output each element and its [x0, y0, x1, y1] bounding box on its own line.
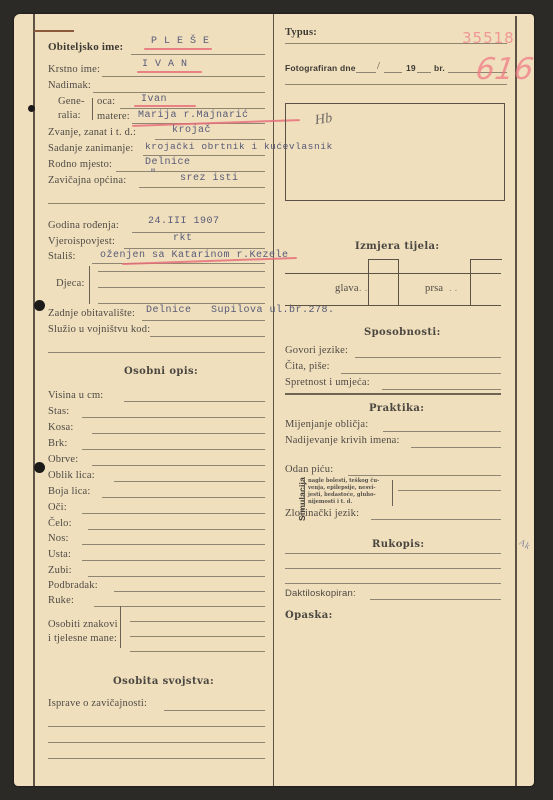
father-line	[120, 108, 265, 109]
simulation-text-line-3: jesti, bedastoće, gluho-	[308, 492, 379, 499]
birth-date-value: 24.III 1907	[148, 216, 220, 227]
marital-status-label: Stališ:	[48, 251, 76, 262]
red-underline-father	[134, 105, 196, 107]
handwritten-number: 616	[474, 52, 536, 87]
last-residence-label: Zadnje obitavalište:	[48, 308, 135, 319]
chin-label: Podbradak:	[48, 580, 98, 591]
disguise-label: Mijenjanje obličja:	[285, 419, 368, 430]
religion-value: rkt	[173, 233, 193, 244]
red-underline-family-name	[144, 48, 212, 50]
special-marks-line-1	[130, 621, 265, 622]
simulation-text-line-2: venja, epilepsije, nesvi-	[308, 485, 379, 492]
remark-label: Opaska:	[285, 610, 333, 621]
drinking-label: Odan piću:	[285, 464, 333, 475]
religion-line	[124, 248, 265, 249]
simulation-line	[398, 490, 501, 491]
mother-label: matere:	[97, 111, 130, 122]
abilities-divider	[285, 393, 501, 395]
photographed-month-line	[384, 72, 402, 73]
left-margin-line	[33, 14, 35, 786]
birthplace-line	[116, 171, 265, 172]
eyebrows-line	[92, 465, 265, 466]
first-name-value: I V A N	[142, 59, 188, 70]
skills-label: Spretnost i umjeća:	[285, 377, 370, 388]
fingerprinted-label: Daktiloskopiran:	[285, 588, 356, 599]
body-measurements-title: Izmjera tijela:	[355, 241, 440, 252]
military-service-line-2	[48, 352, 265, 353]
generalia-label-2: ralia:	[58, 110, 81, 121]
nose-line	[82, 544, 265, 545]
languages-line	[355, 357, 501, 358]
generalia-label-1: Gene-	[58, 96, 85, 107]
disguise-line	[383, 431, 501, 432]
last-residence-line	[142, 320, 265, 321]
typus-label: Typus:	[285, 27, 317, 38]
criminal-language-label: Zločinački jezik:	[285, 508, 359, 519]
children-brace	[89, 266, 90, 304]
photo-box-initials: Hb	[314, 111, 334, 129]
photographed-year-line	[417, 72, 431, 73]
languages-label: Govori jezike:	[285, 345, 348, 356]
chin-line	[114, 591, 265, 592]
eyebrows-label: Obrve:	[48, 454, 78, 465]
photographed-number-label: br.	[434, 63, 445, 73]
face-shape-line	[114, 481, 265, 482]
punch-hole-lower	[34, 462, 45, 473]
first-name-line	[102, 76, 265, 77]
right-margin-line	[515, 16, 517, 786]
false-names-label: Nadijevanje krivih imena:	[285, 435, 400, 446]
hair-line	[92, 433, 265, 434]
nickname-line	[93, 92, 265, 93]
criminal-language-line	[371, 519, 501, 520]
chest-measure-box[interactable]	[470, 259, 502, 306]
children-line-2	[98, 287, 265, 288]
father-label: oca:	[97, 96, 115, 107]
handwriting-line-3	[285, 583, 501, 584]
fingerprinted-line	[370, 599, 501, 600]
stamp-number: 35518	[462, 29, 515, 47]
documents-line-3	[48, 742, 265, 743]
special-marks-label-2: i tjelesne mane:	[48, 633, 117, 644]
chest-label: prsa	[425, 283, 443, 294]
teeth-label: Zubi:	[48, 565, 72, 576]
height-line	[124, 401, 265, 402]
nickname-label: Nadimak:	[48, 80, 91, 91]
family-name-label: Obiteljsko ime:	[48, 41, 123, 53]
chest-dots: . .	[449, 283, 457, 294]
height-label: Visina u cm:	[48, 390, 103, 401]
mouth-label: Usta:	[48, 549, 71, 560]
photographed-year-prefix: 19	[406, 63, 416, 73]
religion-label: Vjeroispovjest:	[48, 236, 115, 247]
reads-writes-label: Čita, piše:	[285, 361, 330, 372]
special-marks-line-3	[130, 651, 265, 652]
nose-label: Nos:	[48, 533, 69, 544]
mouth-line	[82, 560, 265, 561]
family-name-line	[131, 54, 265, 55]
drinking-line	[348, 475, 501, 476]
birth-date-label: Godina rođenja:	[48, 220, 119, 231]
handwriting-title: Rukopis:	[372, 539, 425, 550]
moustache-line	[82, 449, 265, 450]
documents-line-2	[48, 726, 265, 727]
personal-description-title: Osobni opis:	[124, 366, 198, 377]
practice-title: Praktika:	[369, 403, 424, 414]
top-left-scratch	[34, 30, 74, 32]
eyes-label: Oči:	[48, 502, 67, 513]
simulation-brace-right	[392, 480, 393, 506]
children-line-3	[98, 303, 265, 304]
build-line	[82, 417, 265, 418]
documents-line	[164, 710, 265, 711]
photographed-bottom-line	[285, 84, 507, 85]
column-divider	[273, 14, 274, 786]
teeth-line	[88, 576, 265, 577]
hands-label: Ruke:	[48, 595, 74, 606]
profession-value: krojač	[172, 125, 211, 136]
special-marks-line-2	[130, 636, 265, 637]
special-marks-label-1: Osobiti znakovi	[48, 619, 118, 630]
home-municipality-label: Zavičajna općina:	[48, 175, 126, 186]
build-label: Stas:	[48, 406, 69, 417]
birthplace-value: Delnice	[145, 157, 191, 168]
record-card: Obiteljsko ime: P L E Š E Krstno ime: I …	[14, 14, 534, 786]
typus-line	[285, 43, 507, 44]
marital-status-line	[92, 263, 265, 264]
simulation-text: nagle bolesti, teškog ču- venja, epileps…	[308, 478, 379, 506]
documents-line-4	[48, 758, 265, 759]
skills-line	[382, 389, 501, 390]
military-service-line	[150, 336, 265, 337]
reads-writes-line	[341, 373, 501, 374]
complexion-label: Boja lica:	[48, 486, 91, 497]
forehead-label: Čelo:	[48, 518, 72, 529]
punch-hole-middle	[34, 300, 45, 311]
home-municipality-line	[139, 187, 265, 188]
documents-label: Isprave o zavičajnosti:	[48, 698, 147, 709]
simulation-text-line-4: nijemosti i t. d.	[308, 499, 379, 506]
eyes-line	[82, 513, 265, 514]
home-municipality-value: srez isti	[180, 173, 239, 184]
last-residence-value: Delnice Supilova ul.br.278.	[146, 305, 335, 316]
photographed-label: Fotografiran dne	[285, 63, 356, 73]
special-marks-brace	[120, 606, 121, 648]
first-name-label: Krstno ime:	[48, 64, 100, 75]
punch-hole-top	[28, 105, 35, 112]
current-occupation-label: Sadanje zanimanje:	[48, 143, 134, 154]
red-underline-first-name	[137, 71, 202, 73]
moustache-label: Brk:	[48, 438, 67, 449]
profession-line	[155, 139, 265, 140]
margin-pencil-mark: Ak	[517, 537, 532, 551]
photographed-day-line	[356, 72, 376, 73]
children-line-1	[98, 271, 265, 272]
handwriting-line-2	[285, 568, 501, 569]
hair-label: Kosa:	[48, 422, 74, 433]
birth-date-line	[132, 232, 265, 233]
false-names-line	[411, 447, 501, 448]
head-measure-box[interactable]	[368, 259, 399, 306]
photographed-slash: /	[377, 61, 380, 72]
complexion-line	[102, 497, 265, 498]
head-dots: . .	[359, 283, 367, 294]
mother-value: Marija r.Majnarić	[138, 110, 249, 121]
current-occupation-line	[143, 155, 265, 156]
blank-line-1	[48, 203, 265, 204]
handwriting-line-1	[285, 553, 501, 554]
forehead-line	[88, 529, 265, 530]
abilities-title: Sposobnosti:	[364, 327, 441, 338]
head-label: glava	[335, 283, 359, 294]
simulation-text-line-1: nagle bolesti, teškog ču-	[308, 478, 379, 485]
children-label: Djeca:	[56, 278, 85, 289]
ditto-mark: "	[150, 169, 157, 180]
father-value: Ivan	[141, 94, 167, 105]
simulation-brace-left	[304, 480, 305, 506]
military-service-label: Služio u vojništvu kod:	[48, 324, 150, 335]
face-shape-label: Oblik lica:	[48, 470, 95, 481]
profession-label: Zvanje, zanat i t. d.:	[48, 127, 136, 138]
birthplace-label: Rodno mjesto:	[48, 159, 112, 170]
family-name-value: P L E Š E	[151, 36, 210, 47]
special-properties-title: Osobita svojstva:	[113, 676, 214, 687]
generalia-brace	[92, 98, 93, 120]
